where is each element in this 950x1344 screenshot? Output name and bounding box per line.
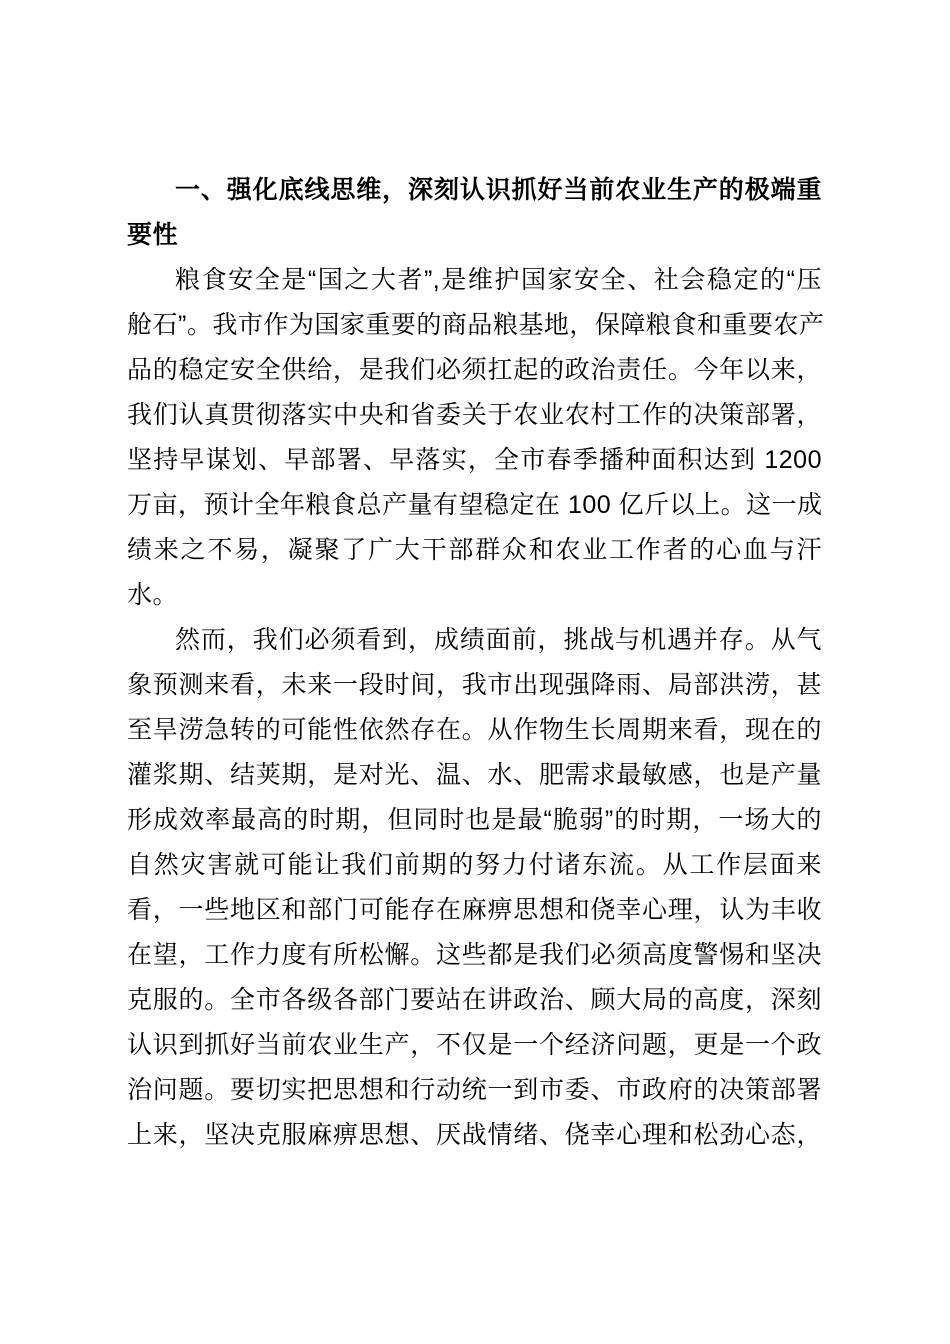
paragraph-2-line-5: 形成效率最高的时期，但同时也是最“脆弱”的时期，一场大的 <box>127 798 822 843</box>
paragraph-1-line-8: 水。 <box>127 573 822 618</box>
paragraph-2-line-7: 看，一些地区和部门可能存在麻痹思想和侥幸心理，认为丰收 <box>127 888 822 933</box>
paragraph-1-line-4: 我们认真贯彻落实中央和省委关于农业农村工作的决策部署， <box>127 393 822 438</box>
document-body: 一、强化底线思维，深刻认识抓好当前农业生产的极端重 要性 粮食安全是“国之大者”… <box>127 168 822 1158</box>
paragraph-1-line-7: 绩来之不易，凝聚了广大干部群众和农业工作者的心血与汗 <box>127 528 822 573</box>
document-page: 一、强化底线思维，深刻认识抓好当前农业生产的极端重 要性 粮食安全是“国之大者”… <box>0 0 950 1344</box>
paragraph-2-line-1: 然而，我们必须看到，成绩面前，挑战与机遇并存。从气 <box>127 618 822 663</box>
paragraph-2-line-8: 在望，工作力度有所松懈。这些都是我们必须高度警惕和坚决 <box>127 933 822 978</box>
paragraph-2-line-9: 克服的。全市各级各部门要站在讲政治、顾大局的高度，深刻 <box>127 978 822 1023</box>
paragraph-2-line-4: 灌浆期、结荚期，是对光、温、水、肥需求最敏感，也是产量 <box>127 753 822 798</box>
paragraph-1-line-5: 坚持早谋划、早部署、早落实，全市春季播种面积达到 1200 <box>127 438 822 483</box>
paragraph-1-line-2: 舱石”。我市作为国家重要的商品粮基地，保障粮食和重要农产 <box>127 303 822 348</box>
paragraph-1-line-6: 万亩，预计全年粮食总产量有望稳定在 100 亿斤以上。这一成 <box>127 483 822 528</box>
paragraph-1-line-3: 品的稳定安全供给，是我们必须扛起的政治责任。今年以来， <box>127 348 822 393</box>
paragraph-2-line-6: 自然灾害就可能让我们前期的努力付诸东流。从工作层面来 <box>127 843 822 888</box>
paragraph-2-line-12: 上来，坚决克服麻痹思想、厌战情绪、侥幸心理和松劲心态， <box>127 1113 822 1158</box>
section-heading-line-1: 一、强化底线思维，深刻认识抓好当前农业生产的极端重 <box>127 168 822 213</box>
paragraph-2-line-2: 象预测来看，未来一段时间，我市出现强降雨、局部洪涝，甚 <box>127 663 822 708</box>
paragraph-1-line-1: 粮食安全是“国之大者”,是维护国家安全、社会稳定的“压 <box>127 258 822 303</box>
section-heading-line-2: 要性 <box>127 213 822 258</box>
paragraph-2-line-10: 认识到抓好当前农业生产，不仅是一个经济问题，更是一个政 <box>127 1023 822 1068</box>
paragraph-2-line-3: 至旱涝急转的可能性依然存在。从作物生长周期来看，现在的 <box>127 708 822 753</box>
paragraph-2-line-11: 治问题。要切实把思想和行动统一到市委、市政府的决策部署 <box>127 1068 822 1113</box>
